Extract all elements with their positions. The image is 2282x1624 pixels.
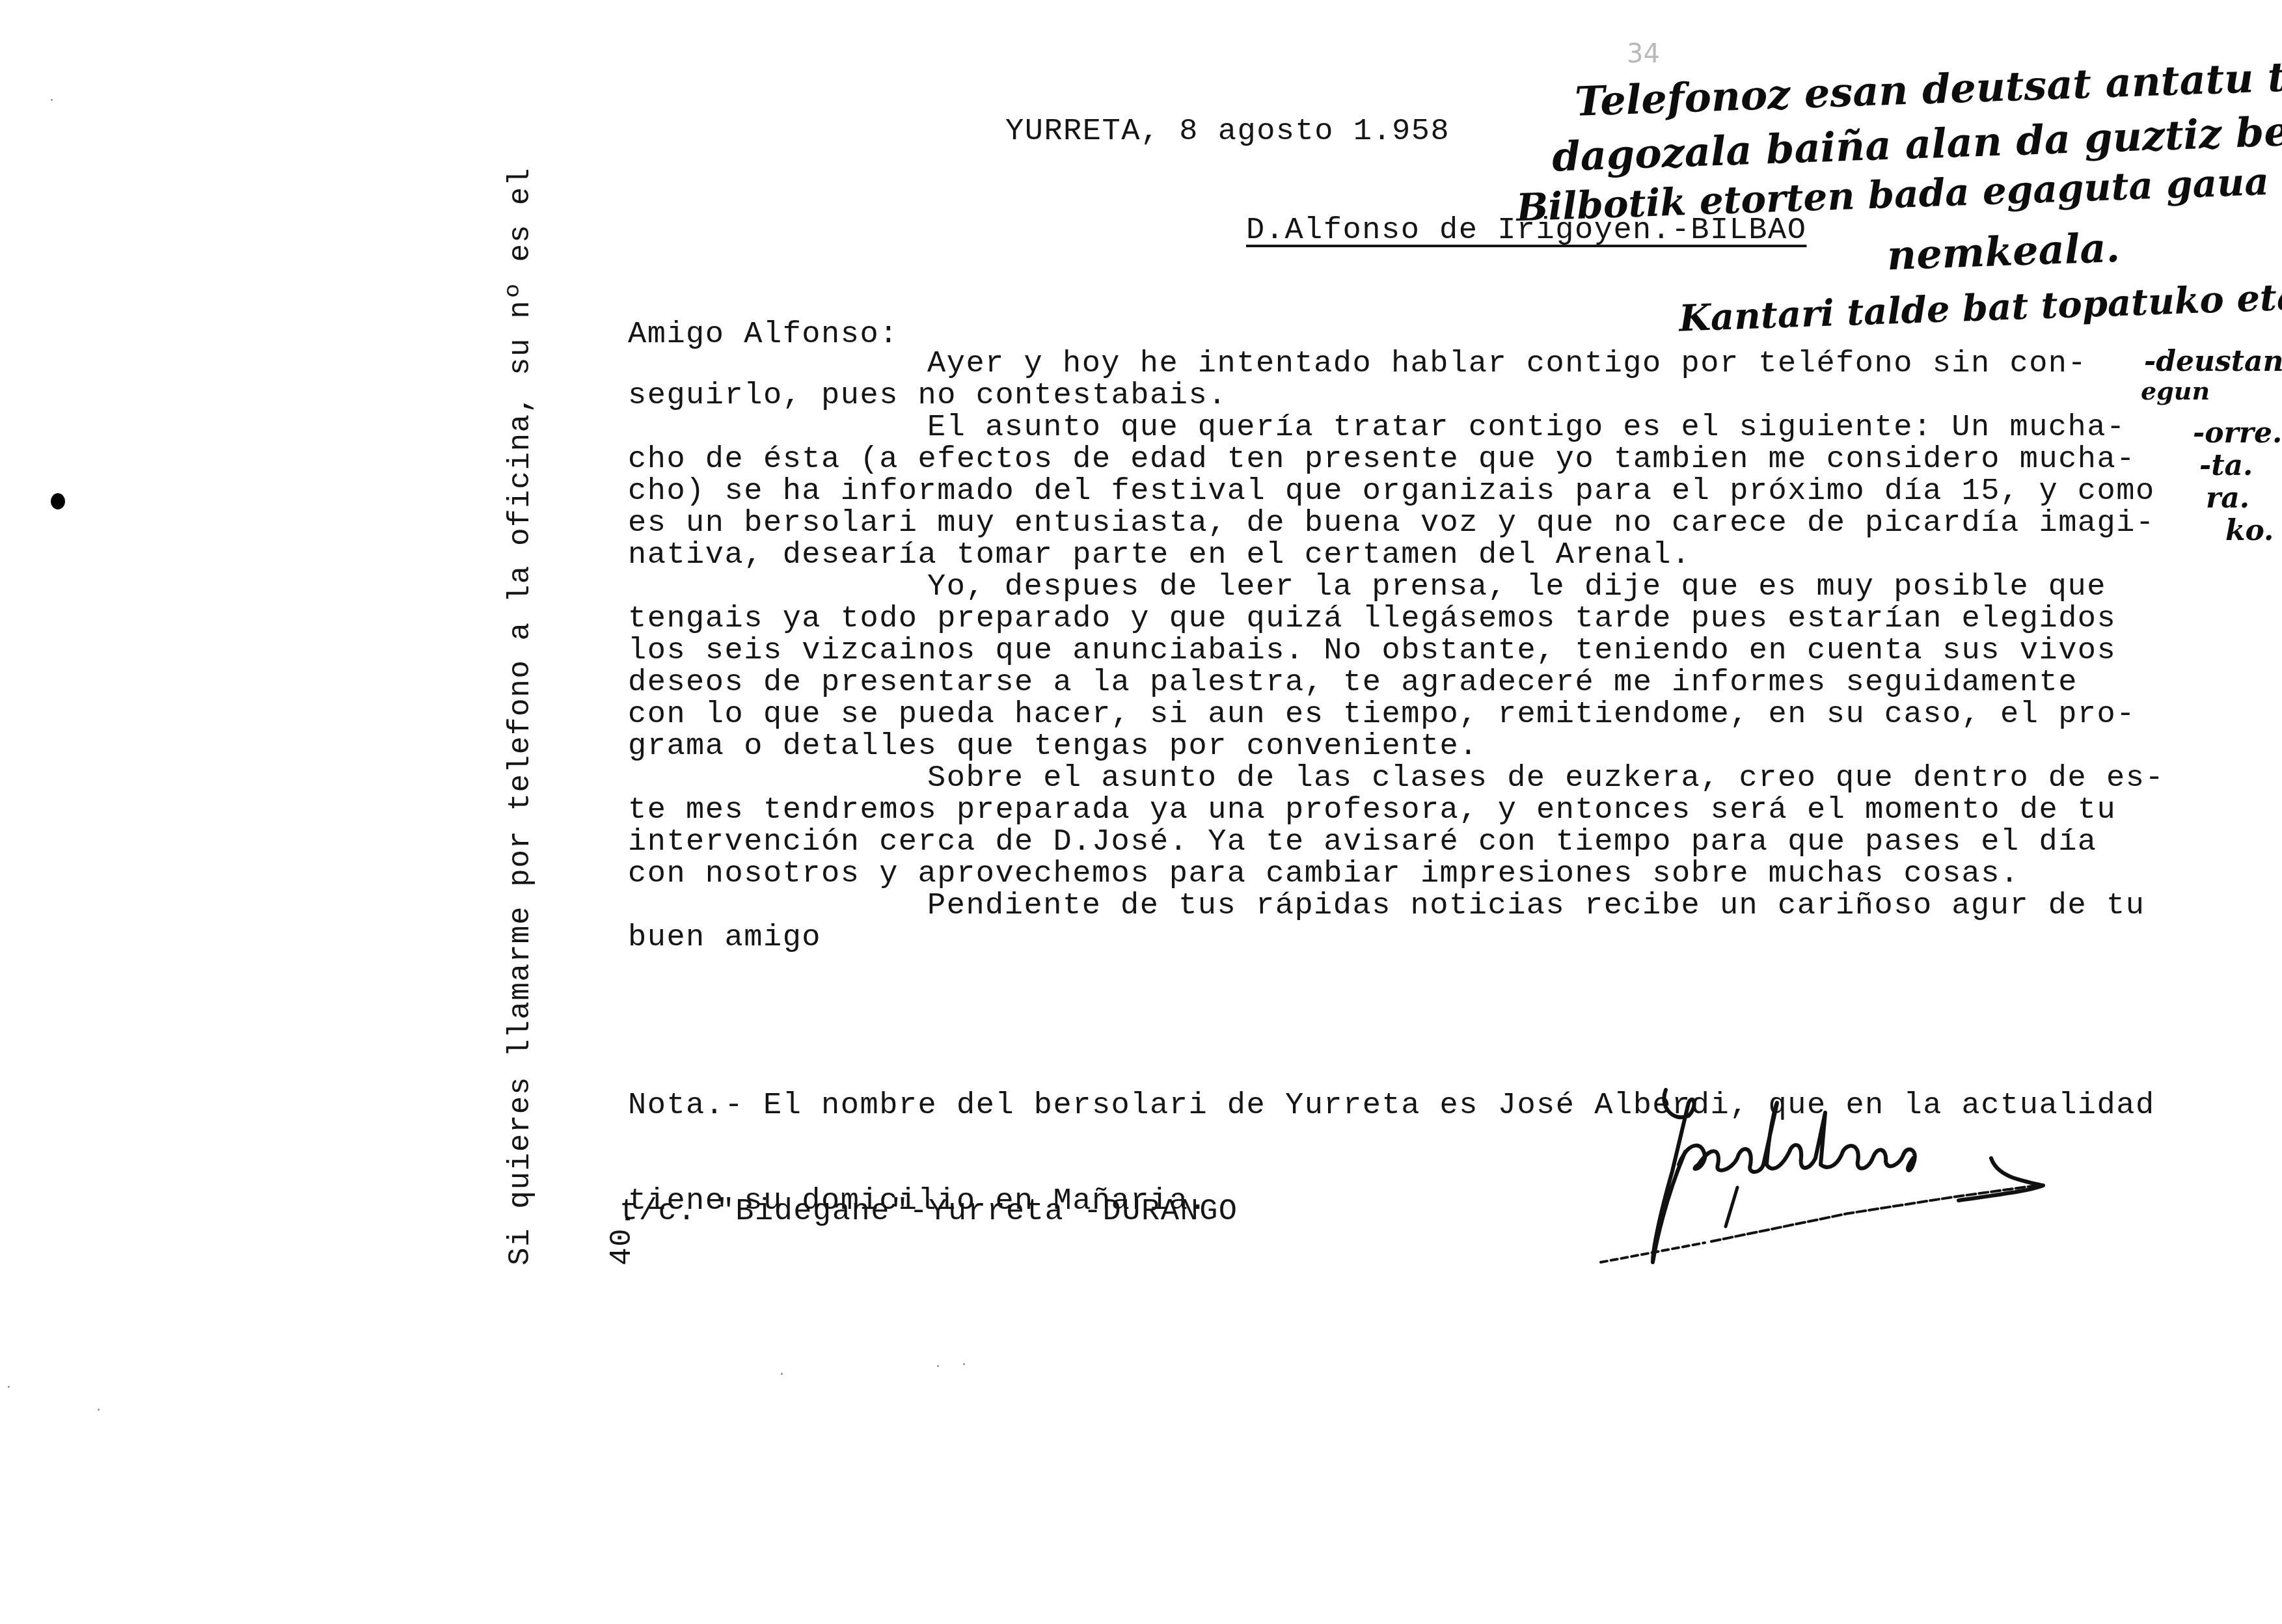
handwritten-margin-fragment: ra. xyxy=(2206,481,2249,515)
body-line: seguirlo, pues no contestabais. xyxy=(628,380,2164,412)
body-line: con lo que se pueda hacer, si aun es tie… xyxy=(628,699,2164,731)
body-line: los seis vizcainos que anunciabais. No o… xyxy=(628,635,2164,667)
handwritten-margin-fragment: -ta. xyxy=(2199,449,2253,482)
body-line: Sobre el asunto de las clases de euzkera… xyxy=(628,763,2164,794)
signature-mark xyxy=(1575,1067,2069,1282)
body-line: El asunto que quería tratar contigo es e… xyxy=(628,412,2164,444)
page-number-mark: 34 xyxy=(1627,39,1660,69)
body-line: Pendiente de tus rápidas noticias recibe… xyxy=(628,890,2164,922)
body-line: es un bersolari muy entusiasta, de buena… xyxy=(628,507,2164,539)
body-line: deseos de presentarse a la palestra, te … xyxy=(628,667,2164,699)
handwritten-margin-fragment: -orre. xyxy=(2193,416,2282,450)
letter-page: 34 Si quieres llamarme por telefono a la… xyxy=(0,0,2282,1624)
body-line: Ayer y hoy he intentado hablar contigo p… xyxy=(628,348,2164,380)
handwritten-note-line: Kantari talde bat topatuko eta xyxy=(1678,275,2282,340)
copy-to-line: t/c. "Bidegane"-Yurreta -DURANGO xyxy=(619,1196,1238,1228)
body-line: te mes tendremos preparada ya una profes… xyxy=(628,794,2164,826)
handwritten-note-line: nemkeala. xyxy=(1886,224,2121,279)
body-line: nativa, desearía tomar parte en el certa… xyxy=(628,539,2164,571)
body-line: Yo, despues de leer la prensa, le dije q… xyxy=(628,571,2164,603)
body-line: tengais ya todo preparado y que quizá ll… xyxy=(628,603,2164,635)
body-line: con nosotros y aprovechemos para cambiar… xyxy=(628,858,2164,890)
margin-note-line: Si quieres llamarme por telefono a la of… xyxy=(504,167,537,1265)
punch-hole-mark xyxy=(51,493,65,509)
body-line: cho de ésta (a efectos de edad ten prese… xyxy=(628,444,2164,476)
letter-body: Ayer y hoy he intentado hablar contigo p… xyxy=(628,348,2164,954)
body-line: cho) se ha informado del festival que or… xyxy=(628,476,2164,507)
salutation: Amigo Alfonso: xyxy=(628,319,899,351)
body-line: intervención cerca de D.José. Ya te avis… xyxy=(628,826,2164,858)
body-line: buen amigo xyxy=(628,922,2164,954)
body-line: grama o detalles que tengas por convenie… xyxy=(628,731,2164,763)
dateline: YURRETA, 8 agosto 1.958 xyxy=(1005,116,1450,148)
handwritten-margin-fragment: ko. xyxy=(2225,514,2274,547)
handwritten-margin-fragment: -deustan xyxy=(2144,345,2282,378)
